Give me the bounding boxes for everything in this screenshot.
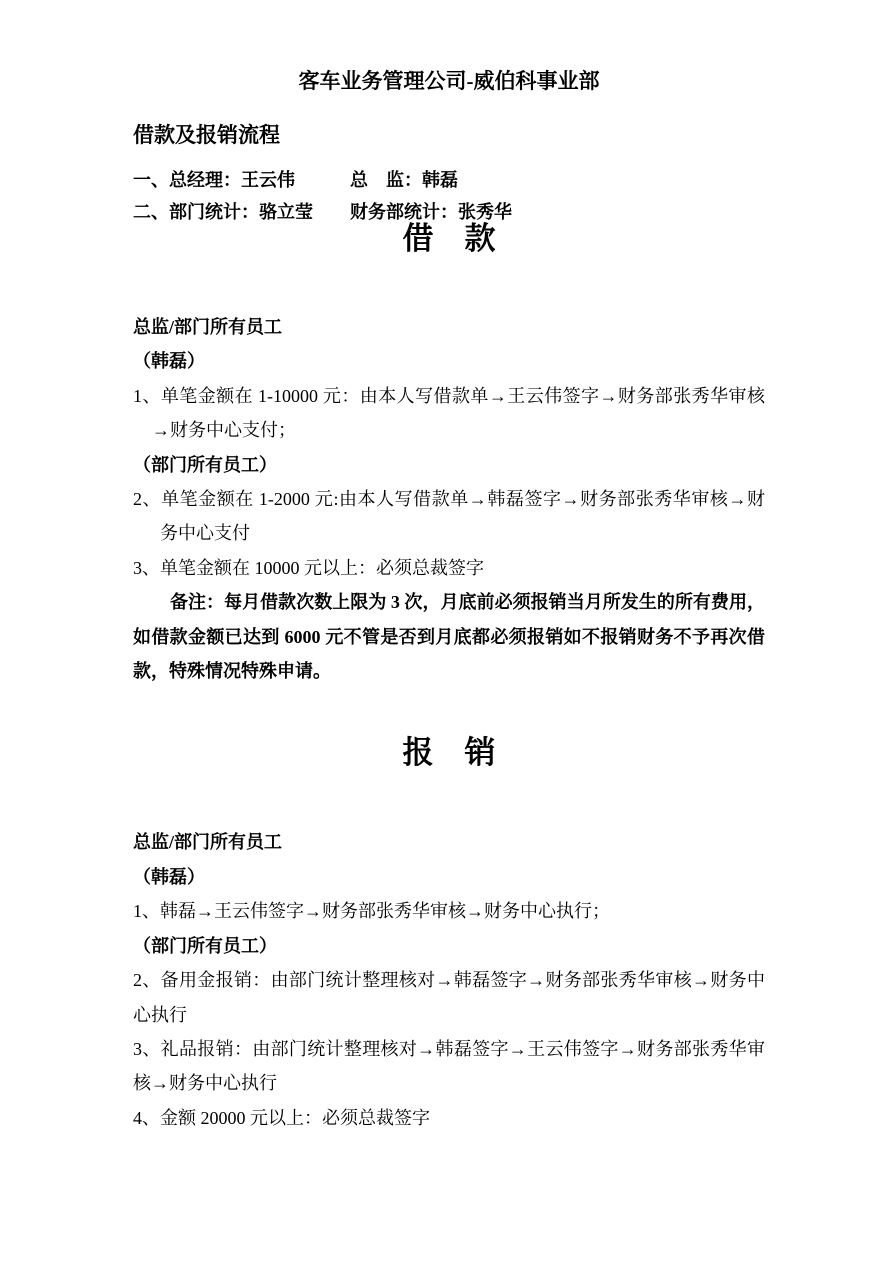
section-loan: 借 款 总监/部门所有员工（韩磊）1、单笔金额在 1-10000 元：由本人写借… bbox=[133, 217, 765, 688]
text-line: 如借款金额已达到 6000 元不管是否到月底都必须报销如不报销财务不予再次借 bbox=[133, 620, 765, 654]
text-line: →财务中心支付； bbox=[133, 413, 765, 447]
section-loan-body: 总监/部门所有员工（韩磊）1、单笔金额在 1-10000 元：由本人写借款单→王… bbox=[133, 310, 765, 688]
text-line: 款，特殊情况特殊申请。 bbox=[133, 654, 765, 688]
text-line: 总监/部门所有员工 bbox=[133, 310, 765, 344]
text-line: 总监/部门所有员工 bbox=[133, 825, 765, 859]
kv-right-label: 总 监：韩磊 bbox=[350, 170, 458, 190]
text-line: （韩磊） bbox=[133, 860, 765, 894]
kv-left-label: 二、部门统计：骆立莹 bbox=[133, 196, 350, 228]
text-line: 心执行 bbox=[133, 998, 765, 1032]
section-reimbursement-body: 总监/部门所有员工（韩磊）1、韩磊→王云伟签字→财务部张秀华审核→财务中心执行；… bbox=[133, 825, 765, 1135]
text-line: 务中心支付 bbox=[133, 516, 765, 550]
text-line: 3、单笔金额在 10000 元以上：必须总裁签字 bbox=[133, 551, 765, 585]
text-line: 1、韩磊→王云伟签字→财务部张秀华审核→财务中心执行； bbox=[133, 894, 765, 928]
text-line: （韩磊） bbox=[133, 344, 765, 378]
company-title: 客车业务管理公司-威伯科事业部 bbox=[133, 66, 765, 96]
section-reimbursement-title: 报 销 bbox=[133, 731, 765, 775]
text-line: 2、备用金报销：由部门统计整理核对→韩磊签字→财务部张秀华审核→财务中 bbox=[133, 963, 765, 997]
text-line: 1、单笔金额在 1-10000 元：由本人写借款单→王云伟签字→财务部张秀华审核 bbox=[133, 379, 765, 413]
document-heading: 借款及报销流程 bbox=[133, 120, 765, 150]
section-reimbursement: 报 销 总监/部门所有员工（韩磊）1、韩磊→王云伟签字→财务部张秀华审核→财务中… bbox=[133, 731, 765, 1135]
kv-left-label: 一、总经理：王云伟 bbox=[133, 164, 350, 196]
text-line: 3、礼品报销：由部门统计整理核对→韩磊签字→王云伟签字→财务部张秀华审 bbox=[133, 1032, 765, 1066]
text-line: （部门所有员工） bbox=[133, 929, 765, 963]
text-line: 核→财务中心执行 bbox=[133, 1066, 765, 1100]
text-line: （部门所有员工） bbox=[133, 448, 765, 482]
document-page: 客车业务管理公司-威伯科事业部 借款及报销流程 一、总经理：王云伟总 监：韩磊二… bbox=[0, 0, 892, 1262]
kv-row: 一、总经理：王云伟总 监：韩磊 bbox=[133, 164, 765, 196]
text-line: 2、单笔金额在 1-2000 元:由本人写借款单→韩磊签字→财务部张秀华审核→财 bbox=[133, 482, 765, 516]
text-line: 4、金额 20000 元以上：必须总裁签字 bbox=[133, 1101, 765, 1135]
text-line: 备注：每月借款次数上限为 3 次，月底前必须报销当月所发生的所有费用， bbox=[133, 585, 765, 619]
